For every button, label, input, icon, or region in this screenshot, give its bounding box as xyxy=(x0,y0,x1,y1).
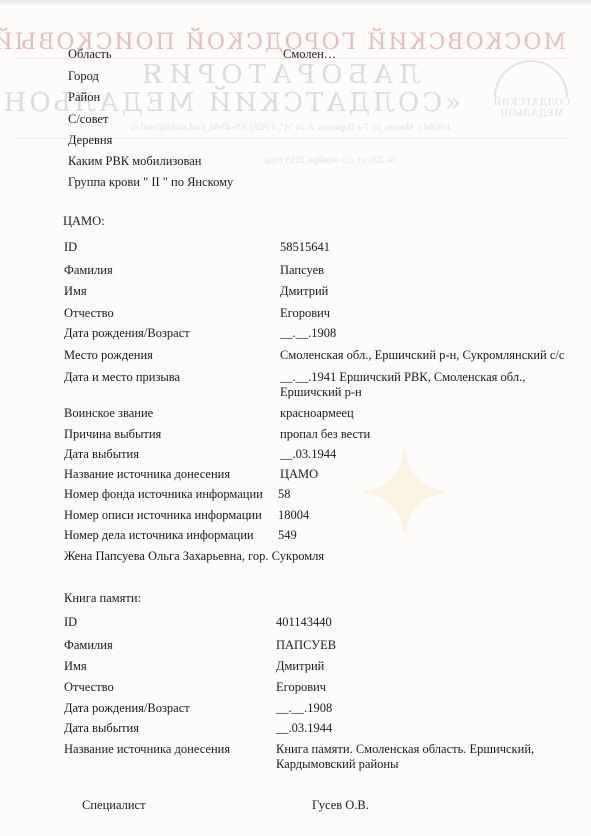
field-label: Название источника донесения xyxy=(64,467,230,482)
tsamo-note: Жена Папсуева Ольга Захарьевна, гор. Сук… xyxy=(64,549,324,564)
field-label: Каким РВК мобилизован xyxy=(68,154,202,168)
field-value: 58515641 xyxy=(280,240,330,255)
field-value: красноармеец xyxy=(280,406,354,421)
field-value: 58 xyxy=(278,487,291,502)
field-label: Группа крови " II " по Янскому xyxy=(68,175,233,189)
field-gorod: Город xyxy=(68,69,99,84)
field-label: Город xyxy=(68,69,99,83)
field-value: Книга памяти. Смоленская область. Ершичс… xyxy=(276,742,534,757)
field-value: __.__.1908 xyxy=(280,326,336,341)
document-body: Область Смолен… Город Район С/совет Дере… xyxy=(0,0,591,836)
field-value-continued: Кардымовский районы xyxy=(276,757,399,772)
section-heading-tsamo: ЦАМО: xyxy=(63,214,105,229)
field-value: __.__.1908 xyxy=(276,701,332,716)
field-value: пропал без вести xyxy=(280,427,370,442)
field-label: Причина выбытия xyxy=(64,427,161,442)
field-raion: Район xyxy=(68,90,100,105)
field-label: Отчество xyxy=(64,680,114,695)
field-label: Отчество xyxy=(64,306,114,321)
field-label: Номер дела источника информации xyxy=(64,528,254,543)
field-label: Область xyxy=(68,47,112,62)
field-label: С/совет xyxy=(68,112,108,126)
signature-role: Специалист xyxy=(82,798,146,813)
field-value: Папсуев xyxy=(280,263,324,278)
field-label: Дата выбытия xyxy=(64,447,139,462)
signature-name: Гусев О.В. xyxy=(312,798,369,813)
field-rvk: Каким РВК мобилизован xyxy=(68,154,202,169)
field-value: Егорович xyxy=(280,306,330,321)
field-value: Смоленская обл., Ершичский р-н, Сукромля… xyxy=(280,348,564,363)
field-label: ID xyxy=(64,240,77,255)
field-value: Смолен… xyxy=(283,47,336,62)
field-value: Дмитрий xyxy=(276,659,324,674)
field-label: Имя xyxy=(64,284,87,299)
field-label: Воинское звание xyxy=(64,406,153,421)
field-label: Дата рождения/Возраст xyxy=(64,326,190,341)
field-label: Дата и место призыва xyxy=(64,370,180,385)
field-label: Название источника донесения xyxy=(64,742,230,757)
field-label: Дата выбытия xyxy=(64,721,139,736)
field-value: 549 xyxy=(278,528,297,543)
field-value: Егорович xyxy=(276,680,326,695)
field-label: Дата рождения/Возраст xyxy=(64,701,190,716)
field-value: 18004 xyxy=(278,508,309,523)
field-value: ЦАМО xyxy=(280,467,318,482)
field-blood-group: Группа крови " II " по Янскому xyxy=(68,175,233,190)
field-value: __.03.1944 xyxy=(276,721,332,736)
field-label: Деревня xyxy=(68,133,112,147)
field-value: ПАПСУЕВ xyxy=(276,638,336,653)
field-label: Номер описи источника информации xyxy=(64,508,262,523)
field-label: Имя xyxy=(64,659,87,674)
field-label: Место рождения xyxy=(64,348,153,363)
field-label: Фамилия xyxy=(64,638,113,653)
field-label: Район xyxy=(68,90,100,104)
field-value: 401143440 xyxy=(276,615,332,630)
field-value-continued: Ершичский р-н xyxy=(280,385,362,400)
field-value: Дмитрий xyxy=(280,284,328,299)
field-label: ID xyxy=(64,615,77,630)
section-heading-memory-book: Книга памяти: xyxy=(64,591,141,606)
field-selsovet: С/совет xyxy=(68,112,108,127)
field-value: __.__.1941 Ершичский РВК, Смоленская обл… xyxy=(280,370,525,385)
field-label: Номер фонда источника информации xyxy=(64,487,263,502)
field-label: Фамилия xyxy=(64,263,113,278)
field-derevnya: Деревня xyxy=(68,133,112,148)
field-value: __.03.1944 xyxy=(280,447,336,462)
